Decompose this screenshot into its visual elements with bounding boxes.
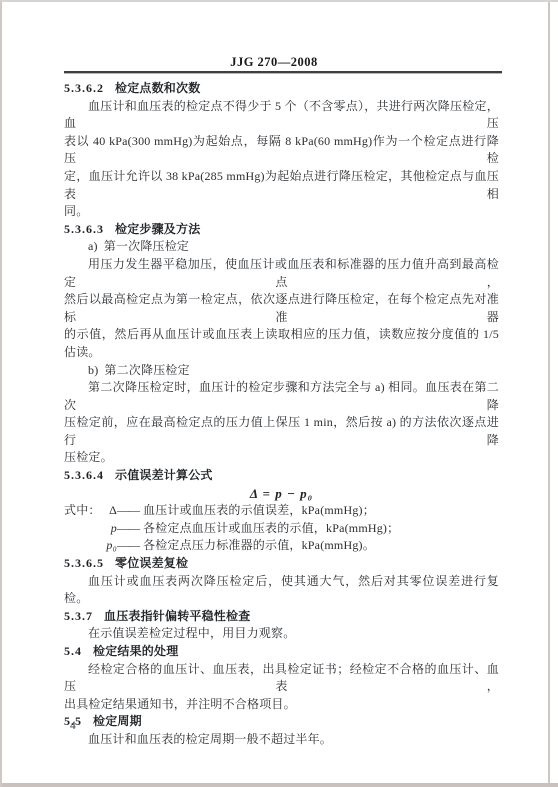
section-title: 检定步骤及方法 xyxy=(115,222,200,236)
paragraph-line: 第二次降压检定时，血压计的检定步骤和方法完全与 a) 相同。血压表在第二次降 xyxy=(64,379,499,414)
section-title: 零位误差复检 xyxy=(115,556,188,570)
section-title: 检定点数和次数 xyxy=(115,81,200,95)
section-number: 5.3.6.2 xyxy=(64,81,104,95)
symbol-description: 各检定点血压计或血压表的示值，kPa(mmHg)； xyxy=(143,521,399,535)
section-number: 5.3.7 xyxy=(64,609,93,623)
formula-symbol-definition: p₀——各检定点压力标准器的示值，kPa(mmHg)。 xyxy=(64,537,499,555)
symbol: p xyxy=(101,520,117,538)
dash: —— xyxy=(117,521,139,535)
paragraph-line: 用压力发生器平稳加压，使血压计或血压表和标准器的压力值升高到最高检定点， xyxy=(64,256,499,291)
list-item-heading: b)第二次降压检定 xyxy=(64,362,499,380)
symbol-description: 血压计或血压表的示值误差，kPa(mmHg)； xyxy=(143,503,375,517)
item-title: 第一次降压检定 xyxy=(104,239,189,253)
page-number: 4 xyxy=(70,720,76,732)
error-formula: Δ = p − p₀ xyxy=(64,485,499,503)
item-title: 第二次降压检定 xyxy=(104,363,189,377)
paragraph-line: 血压计或血压表两次降压检定后，使其通大气，然后对其零位误差进行复检。 xyxy=(64,573,499,608)
item-label: a) xyxy=(88,239,98,253)
section-heading: 5.3.6.5零位误差复检 xyxy=(64,555,499,573)
paragraph-line: 血压计和血压表的检定周期一般不超过半年。 xyxy=(64,731,499,749)
section-number: 5.3.6.3 xyxy=(64,222,104,236)
document-page: JJG 270—2008 5.3.6.2检定点数和次数血压计和血压表的检定点不得… xyxy=(0,0,558,787)
section-number: 5.3.6.5 xyxy=(64,556,104,570)
symbol-description: 各检定点压力标准器的示值，kPa(mmHg)。 xyxy=(143,538,375,552)
section-heading: 5.3.6.3检定步骤及方法 xyxy=(64,221,499,239)
paragraph-line: 表以 40 kPa(300 mmHg)为起始点，每隔 8 kPa(60 mmHg… xyxy=(64,133,499,168)
section-title: 检定结果的处理 xyxy=(93,644,178,658)
section-heading: 5.3.7血压表指针偏转平稳性检查 xyxy=(64,608,499,626)
symbol: Δ xyxy=(101,502,117,520)
paragraph-line: 出具检定结果通知书，并注明不合格项目。 xyxy=(64,696,499,714)
section-heading: 5.3.6.4示值误差计算公式 xyxy=(64,467,499,485)
list-item-heading: a)第一次降压检定 xyxy=(64,238,499,256)
header-rule xyxy=(64,71,502,74)
paragraph-line: 在示值误差检定过程中，用目力观察。 xyxy=(64,625,499,643)
paragraph-line: 的示值，然后再从血压计或血压表上读取相应的压力值，读数应按分度值的 1/5 估读… xyxy=(64,326,499,361)
paragraph-line: 然后以最高检定点为第一检定点，依次逐点进行降压检定，在每个检定点先对准标准器 xyxy=(64,291,499,326)
paragraph-line: 压检定前，应在最高检定点的压力值上保压 1 min，然后按 a) 的方法依次逐点… xyxy=(64,414,499,449)
scan-edge-bottom xyxy=(2,783,558,787)
section-title: 血压表指针偏转平稳性检查 xyxy=(104,609,250,623)
section-heading: 5.3.6.2检定点数和次数 xyxy=(64,80,499,98)
scan-edge-right xyxy=(548,2,550,787)
section-number: 5.3.6.4 xyxy=(64,468,104,482)
paragraph-line: 压检定。 xyxy=(64,449,499,467)
section-heading: 5.5检定周期 xyxy=(64,713,499,731)
formula-symbol-definition: 式中：Δ——血压计或血压表的示值误差，kPa(mmHg)； xyxy=(64,502,499,520)
document-body: 5.3.6.2检定点数和次数血压计和血压表的检定点不得少于 5 个（不含零点），… xyxy=(64,80,499,749)
item-label: b) xyxy=(88,363,98,377)
dash: —— xyxy=(117,503,139,517)
paragraph-line: 同。 xyxy=(64,203,499,221)
where-prefix: 式中： xyxy=(64,502,101,520)
paragraph-line: 定，血压计允许以 38 kPa(285 mmHg)为起始点进行降压检定，其他检定… xyxy=(64,168,499,203)
section-number: 5.4 xyxy=(64,644,82,658)
formula-symbol-definition: p——各检定点血压计或血压表的示值，kPa(mmHg)； xyxy=(64,520,499,538)
section-title: 检定周期 xyxy=(93,714,142,728)
standard-number: JJG 270—2008 xyxy=(230,55,318,69)
section-title: 示值误差计算公式 xyxy=(115,468,213,482)
paragraph-line: 经检定合格的血压计、血压表，出具检定证书；经检定不合格的血压计、血压表， xyxy=(64,661,499,696)
running-header: JJG 270—2008 xyxy=(2,55,546,70)
section-heading: 5.4检定结果的处理 xyxy=(64,643,499,661)
dash: —— xyxy=(117,538,139,552)
symbol: p₀ xyxy=(101,537,117,555)
paragraph-line: 血压计和血压表的检定点不得少于 5 个（不含零点），共进行两次降压检定，血压 xyxy=(64,98,499,133)
